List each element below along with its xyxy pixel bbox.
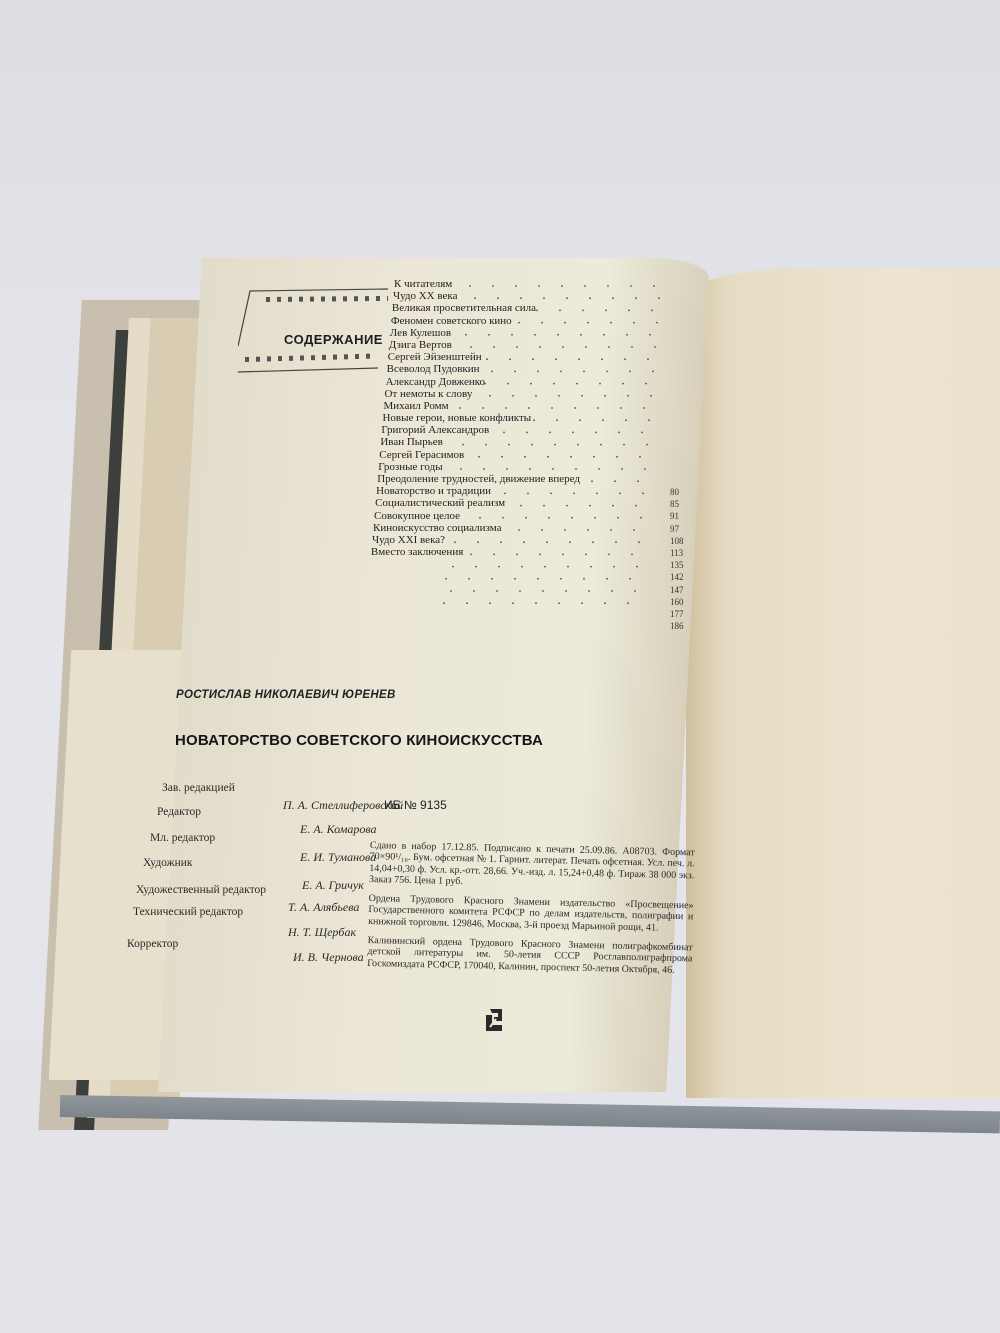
credit-role: Технический редактор bbox=[133, 906, 243, 918]
page-number: 97 bbox=[670, 523, 684, 535]
publisher-logo-icon bbox=[482, 1007, 506, 1033]
credit-role: Редактор bbox=[157, 806, 201, 818]
credit-name: Н. Т. Щербак bbox=[288, 925, 356, 940]
credit-role: Корректор bbox=[127, 938, 178, 950]
right-blank-page bbox=[686, 268, 1000, 1098]
page-number: 186 bbox=[670, 620, 684, 632]
credit-role: Зав. редакцией bbox=[162, 782, 235, 794]
filmstrip-icon bbox=[238, 288, 388, 374]
colophon: Сдано в набор 17.12.85. Подписано к печа… bbox=[367, 840, 695, 984]
print-details: Сдано в набор 17.12.85. Подписано к печа… bbox=[369, 840, 695, 893]
credit-role: Мл. редактор bbox=[150, 832, 215, 844]
credit-name: Е. И. Туманова bbox=[300, 850, 376, 865]
credit-role: Художественный редактор bbox=[136, 884, 266, 896]
contents-heading: СОДЕРЖАНИЕ bbox=[284, 332, 383, 347]
page-number: 108 bbox=[670, 535, 684, 547]
book-binding-edge bbox=[60, 1095, 1000, 1133]
page-number: 142 bbox=[670, 571, 684, 583]
credit-name: Е. А. Комарова bbox=[300, 822, 377, 837]
page-number: 177 bbox=[670, 608, 684, 620]
credit-name: И. В. Чернова bbox=[293, 950, 364, 965]
page-number: 160 bbox=[670, 596, 684, 608]
page-number: 113 bbox=[670, 547, 684, 559]
page-number: 80 bbox=[670, 486, 684, 498]
book-title: НОВАТОРСТВО СОВЕТСКОГО КИНОИСКУССТВА bbox=[175, 732, 543, 749]
publisher-info: Ордена Трудового Красного Знамени издате… bbox=[368, 893, 694, 934]
printer-info: Калининский ордена Трудового Красного Зн… bbox=[367, 935, 693, 976]
ib-number: ИБ № 9135 bbox=[384, 798, 447, 812]
page-numbers: 80859197108113135142147160177186 bbox=[670, 486, 684, 632]
credit-role: Художник bbox=[143, 857, 192, 869]
page-number: 147 bbox=[670, 584, 684, 596]
author-name: РОСТИСЛАВ НИКОЛАЕВИЧ ЮРЕНЕВ bbox=[176, 689, 396, 701]
dot-leaders bbox=[380, 280, 680, 610]
page-number: 91 bbox=[670, 510, 684, 522]
credit-name: Е. А. Гричук bbox=[302, 878, 364, 893]
credit-name: Т. А. Алябьева bbox=[288, 900, 359, 915]
page-number: 85 bbox=[670, 498, 684, 510]
page-number: 135 bbox=[670, 559, 684, 571]
